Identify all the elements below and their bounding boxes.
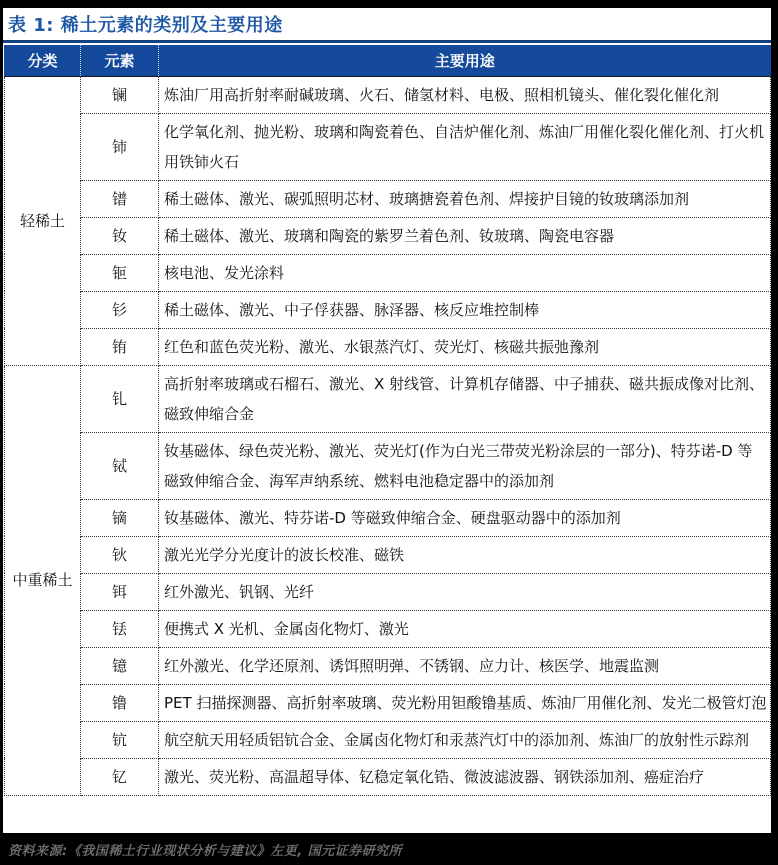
uses-cell: 红色和蓝色荧光粉、激光、水银蒸汽灯、荧光灯、核磁共振弛豫剂 bbox=[159, 328, 771, 365]
uses-cell: 钕基磁体、激光、特芬诺-D 等磁致伸缩合金、硬盘驱动器中的添加剂 bbox=[159, 499, 771, 536]
uses-cell: 红外激光、钒钢、光纤 bbox=[159, 573, 771, 610]
uses-cell: 核电池、发光涂料 bbox=[159, 254, 771, 291]
element-cell: 钬 bbox=[81, 536, 159, 573]
table-row: 钇激光、荧光粉、高温超导体、钇稳定氧化锆、微波滤波器、钢铁添加剂、癌症治疗 bbox=[5, 758, 771, 795]
table-row: 钐稀土磁体、激光、中子俘获器、脉泽器、核反应堆控制棒 bbox=[5, 291, 771, 328]
uses-cell: 红外激光、化学还原剂、诱饵照明弹、不锈钢、应力计、核医学、地震监测 bbox=[159, 647, 771, 684]
table-row: 镝钕基磁体、激光、特芬诺-D 等磁致伸缩合金、硬盘驱动器中的添加剂 bbox=[5, 499, 771, 536]
uses-cell: 化学氧化剂、抛光粉、玻璃和陶瓷着色、自洁炉催化剂、炼油厂用催化裂化催化剂、打火机… bbox=[159, 113, 771, 180]
uses-cell: 高折射率玻璃或石榴石、激光、X 射线管、计算机存储器、中子捕获、磁共振成像对比剂… bbox=[159, 365, 771, 432]
uses-cell: 航空航天用轻质铝钪合金、金属卤化物灯和汞蒸汽灯中的添加剂、炼油厂的放射性示踪剂 bbox=[159, 721, 771, 758]
table-row: 钬激光光学分光度计的波长校准、磁铁 bbox=[5, 536, 771, 573]
element-cell: 铕 bbox=[81, 328, 159, 365]
element-cell: 钆 bbox=[81, 365, 159, 432]
element-cell: 铒 bbox=[81, 573, 159, 610]
table-row: 钪航空航天用轻质铝钪合金、金属卤化物灯和汞蒸汽灯中的添加剂、炼油厂的放射性示踪剂 bbox=[5, 721, 771, 758]
table-body: 轻稀土镧炼油厂用高折射率耐碱玻璃、火石、储氢材料、电极、照相机镜头、催化裂化催化… bbox=[5, 76, 771, 795]
rare-earth-table: 分类元素主要用途 轻稀土镧炼油厂用高折射率耐碱玻璃、火石、储氢材料、电极、照相机… bbox=[4, 45, 771, 796]
table-row: 中重稀土钆高折射率玻璃或石榴石、激光、X 射线管、计算机存储器、中子捕获、磁共振… bbox=[5, 365, 771, 432]
uses-cell: 稀土磁体、激光、碳弧照明芯材、玻璃搪瓷着色剂、焊接护目镜的钕玻璃添加剂 bbox=[159, 180, 771, 217]
element-cell: 钇 bbox=[81, 758, 159, 795]
table-header: 分类元素主要用途 bbox=[5, 45, 771, 76]
element-cell: 镥 bbox=[81, 684, 159, 721]
element-cell: 钪 bbox=[81, 721, 159, 758]
table-row: 镱红外激光、化学还原剂、诱饵照明弹、不锈钢、应力计、核医学、地震监测 bbox=[5, 647, 771, 684]
uses-cell: PET 扫描探测器、高折射率玻璃、荧光粉用钽酸镥基质、炼油厂用催化剂、发光二极管… bbox=[159, 684, 771, 721]
element-cell: 镝 bbox=[81, 499, 159, 536]
column-header: 分类 bbox=[5, 45, 81, 76]
table-row: 镨稀土磁体、激光、碳弧照明芯材、玻璃搪瓷着色剂、焊接护目镜的钕玻璃添加剂 bbox=[5, 180, 771, 217]
table-row: 镥PET 扫描探测器、高折射率玻璃、荧光粉用钽酸镥基质、炼油厂用催化剂、发光二极… bbox=[5, 684, 771, 721]
element-cell: 铽 bbox=[81, 432, 159, 499]
uses-cell: 稀土磁体、激光、玻璃和陶瓷的紫罗兰着色剂、钕玻璃、陶瓷电容器 bbox=[159, 217, 771, 254]
table-row: 铕红色和蓝色荧光粉、激光、水银蒸汽灯、荧光灯、核磁共振弛豫剂 bbox=[5, 328, 771, 365]
element-cell: 镱 bbox=[81, 647, 159, 684]
table-row: 钕稀土磁体、激光、玻璃和陶瓷的紫罗兰着色剂、钕玻璃、陶瓷电容器 bbox=[5, 217, 771, 254]
column-header: 元素 bbox=[81, 45, 159, 76]
uses-cell: 激光、荧光粉、高温超导体、钇稳定氧化锆、微波滤波器、钢铁添加剂、癌症治疗 bbox=[159, 758, 771, 795]
uses-cell: 钕基磁体、绿色荧光粉、激光、荧光灯(作为白光三带荧光粉涂层的一部分)、特芬诺-D… bbox=[159, 432, 771, 499]
report-snippet: { "page": { "title": "表 1: 稀土元素的类别及主要用途"… bbox=[0, 0, 778, 865]
uses-cell: 激光光学分光度计的波长校准、磁铁 bbox=[159, 536, 771, 573]
element-cell: 铈 bbox=[81, 113, 159, 180]
table-title: 表 1: 稀土元素的类别及主要用途 bbox=[3, 8, 771, 37]
element-cell: 镧 bbox=[81, 76, 159, 113]
table-row: 轻稀土镧炼油厂用高折射率耐碱玻璃、火石、储氢材料、电极、照相机镜头、催化裂化催化… bbox=[5, 76, 771, 113]
element-cell: 钕 bbox=[81, 217, 159, 254]
table-row: 铒红外激光、钒钢、光纤 bbox=[5, 573, 771, 610]
element-cell: 镨 bbox=[81, 180, 159, 217]
element-cell: 钐 bbox=[81, 291, 159, 328]
header-row: 分类元素主要用途 bbox=[5, 45, 771, 76]
table-row: 铥便携式 X 光机、金属卤化物灯、激光 bbox=[5, 610, 771, 647]
table-row: 钷核电池、发光涂料 bbox=[5, 254, 771, 291]
category-cell: 中重稀土 bbox=[5, 365, 81, 795]
source-note: 资料来源:《我国稀土行业现状分析与建议》左更, 国元证券研究所 bbox=[8, 840, 768, 859]
column-header: 主要用途 bbox=[159, 45, 771, 76]
category-cell: 轻稀土 bbox=[5, 76, 81, 365]
uses-cell: 便携式 X 光机、金属卤化物灯、激光 bbox=[159, 610, 771, 647]
table-row: 铈化学氧化剂、抛光粉、玻璃和陶瓷着色、自洁炉催化剂、炼油厂用催化裂化催化剂、打火… bbox=[5, 113, 771, 180]
document-page: 表 1: 稀土元素的类别及主要用途 分类元素主要用途 轻稀土镧炼油厂用高折射率耐… bbox=[3, 8, 771, 833]
element-cell: 钷 bbox=[81, 254, 159, 291]
table-row: 铽钕基磁体、绿色荧光粉、激光、荧光灯(作为白光三带荧光粉涂层的一部分)、特芬诺-… bbox=[5, 432, 771, 499]
title-underline bbox=[3, 40, 771, 43]
element-cell: 铥 bbox=[81, 610, 159, 647]
uses-cell: 稀土磁体、激光、中子俘获器、脉泽器、核反应堆控制棒 bbox=[159, 291, 771, 328]
uses-cell: 炼油厂用高折射率耐碱玻璃、火石、储氢材料、电极、照相机镜头、催化裂化催化剂 bbox=[159, 76, 771, 113]
